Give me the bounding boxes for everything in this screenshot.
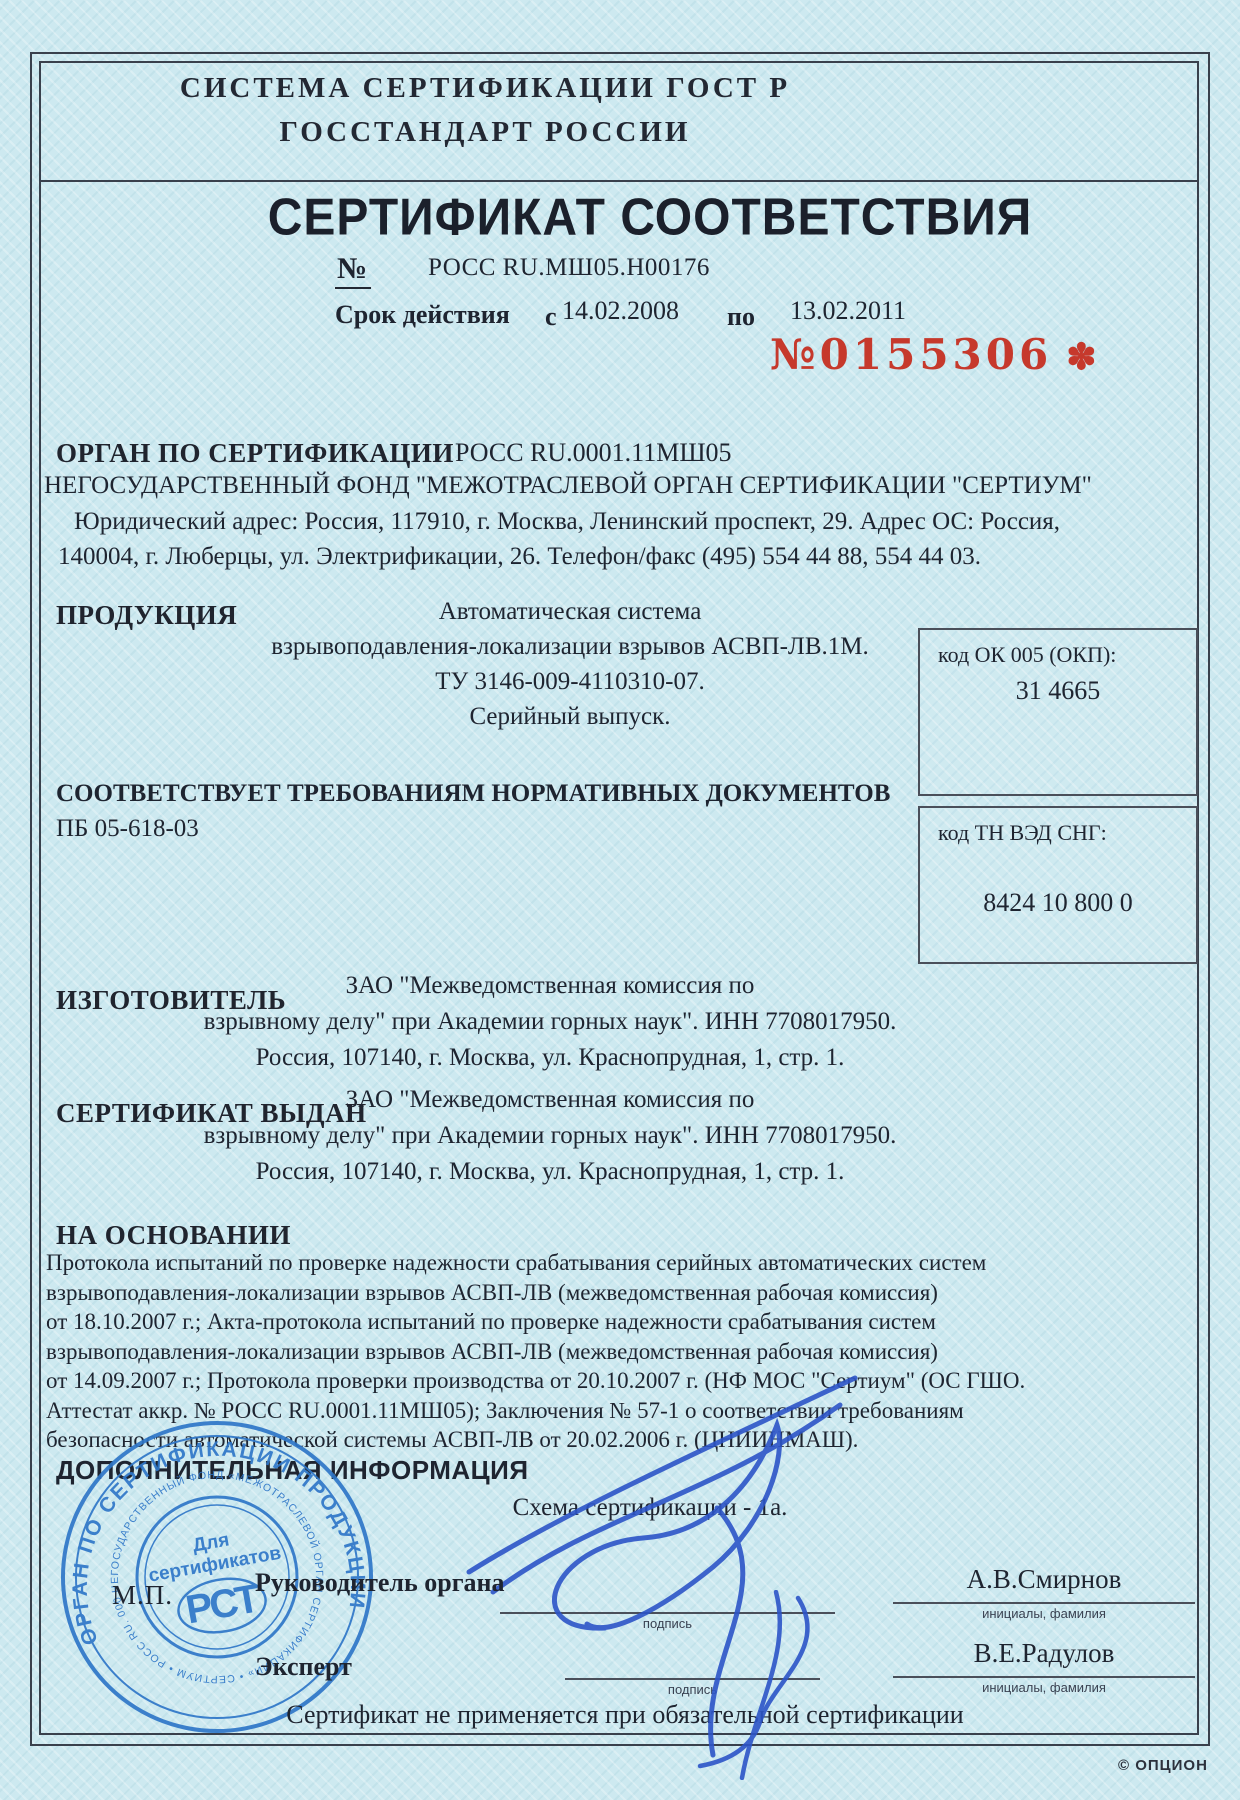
org-address-line-1: Юридический адрес: Россия, 117910, г. Мо… — [74, 508, 1184, 536]
tnved-code-box: код ТН ВЭД СНГ: 8424 10 800 0 — [918, 806, 1198, 964]
system-line-1: СИСТЕМА СЕРТИФИКАЦИИ ГОСТ Р — [60, 72, 910, 105]
number-label: № — [335, 252, 371, 289]
certification-scheme: Схема сертификации - 1а. — [400, 1494, 900, 1522]
expert-signature-line — [565, 1678, 820, 1680]
head-signature-caption: подпись — [500, 1616, 835, 1631]
validity-to-date: 13.02.2011 — [790, 296, 906, 326]
okp-code-label: код ОК 005 (ОКП): — [920, 630, 1196, 668]
validity-from-label: с — [545, 302, 557, 332]
expert-role-label: Эксперт — [255, 1652, 352, 1682]
printer-copyright: © ОПЦИОН — [1118, 1757, 1208, 1774]
validity-to-label: по — [727, 302, 755, 332]
rst-logo: РСТ — [183, 1576, 263, 1632]
expert-name-caption: инициалы, фамилия — [893, 1680, 1195, 1695]
org-name: НЕГОСУДАРСТВЕННЫЙ ФОНД "МЕЖОТРАСЛЕВОЙ ОР… — [44, 472, 1194, 500]
okp-code-value: 31 4665 — [920, 676, 1196, 706]
basis-line: взрывоподавления-локализации взрывов АСВ… — [46, 1339, 1194, 1369]
tnved-code-label: код ТН ВЭД СНГ: — [920, 808, 1196, 846]
org-accreditation-code: РОСС RU.0001.11МШ05 — [455, 438, 732, 468]
basis-section-label: НА ОСНОВАНИИ — [56, 1220, 291, 1251]
number-value: РОСС RU.МШ05.Н00176 — [428, 254, 710, 282]
issued-to-details: ЗАО "Межведомственная комиссия по взрывн… — [100, 1086, 1000, 1194]
org-address-line-2: 140004, г. Люберцы, ул. Электрификации, … — [58, 543, 1178, 571]
compliance-section-label: СООТВЕТСТВУЕТ ТРЕБОВАНИЯМ НОРМАТИВНЫХ ДО… — [56, 780, 890, 808]
head-role-label: Руководитель органа — [255, 1568, 505, 1598]
head-signature-line — [500, 1612, 835, 1614]
org-section-label: ОРГАН ПО СЕРТИФИКАЦИИ — [56, 438, 454, 469]
manufacturer-details: ЗАО "Межведомственная комиссия по взрывн… — [100, 972, 1000, 1080]
validity-from-date: 14.02.2008 — [562, 296, 679, 326]
basis-line: от 14.09.2007 г.; Протокола проверки про… — [46, 1368, 1194, 1398]
validity-label: Срок действия — [335, 300, 510, 330]
serial-number: №0155306✽ — [770, 330, 1200, 379]
page-title: СЕРТИФИКАТ СООТВЕТСТВИЯ — [230, 188, 1070, 247]
issued-to-line: Россия, 107140, г. Москва, ул. Краснопру… — [100, 1158, 1000, 1194]
expert-signature-caption: подпись — [565, 1682, 820, 1697]
expert-name-line — [893, 1676, 1195, 1678]
head-name: А.В.Смирнов — [893, 1564, 1195, 1595]
system-line-2: ГОССТАНДАРТ РОССИИ — [60, 116, 910, 149]
issued-to-line: взрывному делу" при Академии горных наук… — [100, 1122, 1000, 1158]
basis-line: от 18.10.2007 г.; Акта-протокола испытан… — [46, 1309, 1194, 1339]
expert-name: В.Е.Радулов — [893, 1638, 1195, 1669]
seal-place-label: М.П. — [112, 1580, 173, 1611]
head-name-caption: инициалы, фамилия — [893, 1606, 1195, 1621]
header-divider — [41, 180, 1197, 182]
serial-value: №0155306 — [770, 330, 1052, 379]
manufacturer-line: ЗАО "Межведомственная комиссия по — [100, 972, 1000, 1008]
issued-to-line: ЗАО "Межведомственная комиссия по — [100, 1086, 1000, 1122]
basis-line: Протокола испытаний по проверке надежнос… — [46, 1250, 1194, 1280]
basis-line: взрывоподавления-локализации взрывов АСВ… — [46, 1280, 1194, 1310]
manufacturer-line: Россия, 107140, г. Москва, ул. Краснопру… — [100, 1044, 1000, 1080]
manufacturer-line: взрывному делу" при Академии горных наук… — [100, 1008, 1000, 1044]
footer-note: Сертификат не применяется при обязательн… — [150, 1700, 1100, 1730]
certificate-page: СИСТЕМА СЕРТИФИКАЦИИ ГОСТ Р ГОССТАНДАРТ … — [0, 0, 1240, 1800]
tnved-code-value: 8424 10 800 0 — [920, 888, 1196, 918]
asterisk-flower-icon: ✽ — [1066, 336, 1096, 378]
head-name-line — [893, 1602, 1195, 1604]
compliance-document: ПБ 05-618-03 — [56, 815, 199, 843]
okp-code-box: код ОК 005 (ОКП): 31 4665 — [918, 628, 1198, 796]
